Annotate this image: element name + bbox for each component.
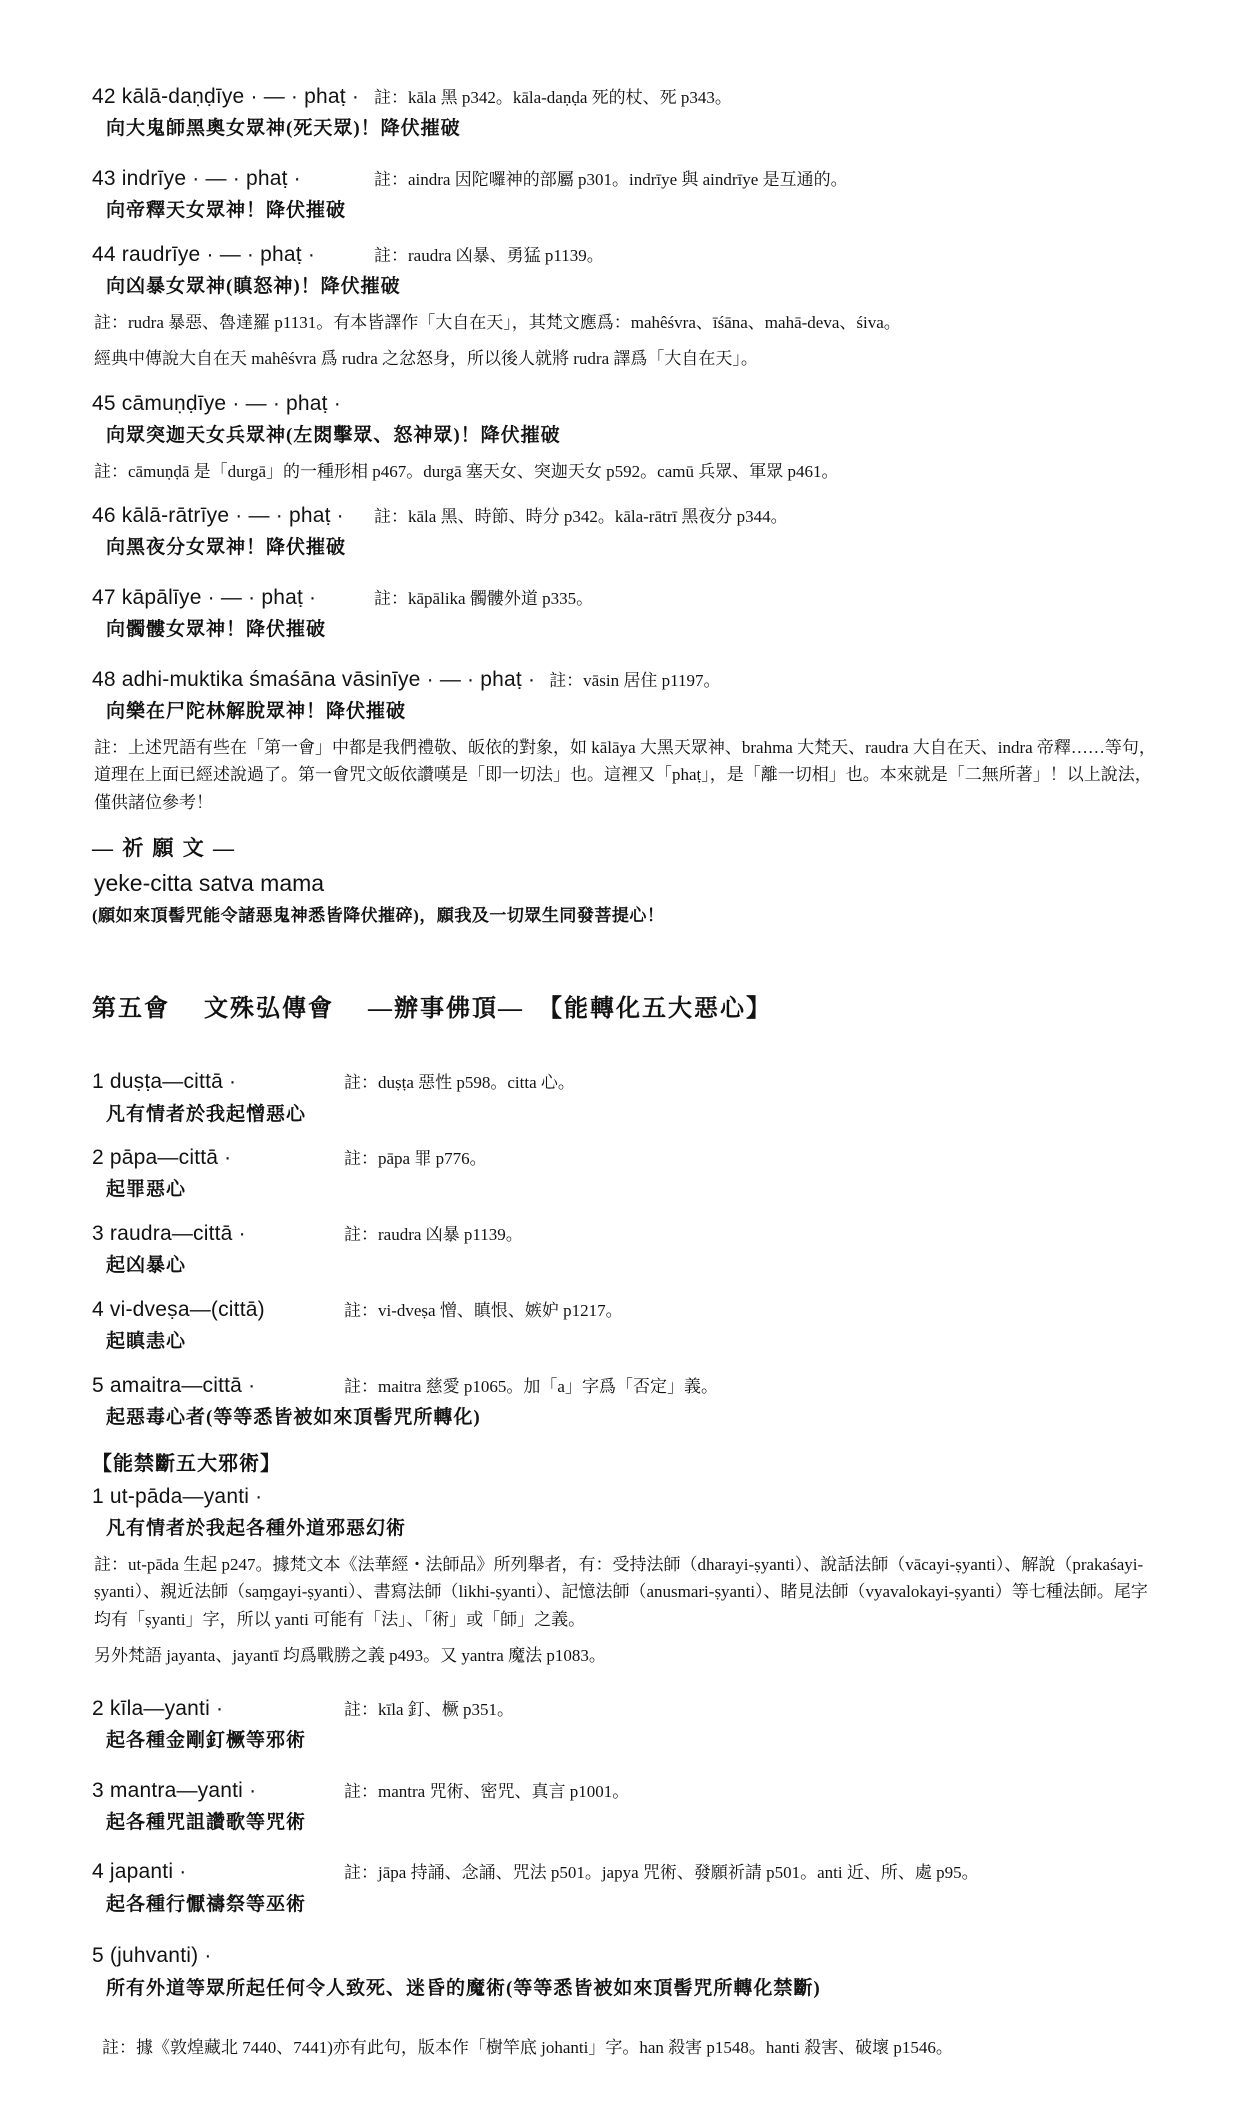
chinese-gloss: 起瞋恚心 [106,1330,1162,1355]
extra-note: 另外梵語 jayanta、jayantī 均爲戰勝之義 p493。又 yantr… [94,1642,1162,1670]
mantra-text: 44 raudrīye · — · phaṭ · [92,242,360,267]
prayer-mantra: yeke-citta satva mama [94,870,1162,897]
prayer-header: — 祈 願 文 — [92,832,1162,862]
mantra-text: 43 indrīye · — · phaṭ · [92,166,360,191]
mantra-text: 47 kāpālīye · — · phaṭ · [92,585,360,610]
chinese-gloss: 向樂在尸陀林解脫眾神！降伏摧破 [106,700,1162,725]
note-text: 註：kāla 黑、時節、時分 p342。kāla-rātrī 黑夜分 p344。 [374,506,788,528]
prayer-gloss: (願如來頂髻咒能令諸惡鬼神悉皆降伏摧碎)，願我及一切眾生同發菩提心！ [92,901,1162,926]
chinese-gloss: 起各種咒詛讚歌等咒術 [106,1811,1162,1836]
mantra-entry: 1 ut-pāda—yanti · 凡有情者於我起各種外道邪惡幻術 註：ut-p… [92,1484,1162,1670]
document-page: 42 kālā-daṇḍīye · — · phaṭ · 註：kāla 黑 p3… [0,0,1240,2101]
chinese-gloss: 起各種行懨禱祭等巫術 [106,1893,1162,1918]
chinese-gloss: 起罪惡心 [106,1178,1162,1203]
note-text: 註：kāla 黑 p342。kāla-daṇḍa 死的杖、死 p343。 [374,87,732,109]
footnote: 註：據《敦煌藏北 7440、7441)亦有此句，版本作「樹竿底 johanti」… [102,2035,1162,2061]
note-text: 註：maitra 慈愛 p1065。加「a」字爲「否定」義。 [344,1376,718,1398]
mantra-entry: 47 kāpālīye · — · phaṭ · 註：kāpālika 髑髏外道… [92,585,1162,643]
mantra-text: 5 (juhvanti) · [92,1943,330,1968]
extra-note: 經典中傳說大自在天 mahêśvra 爲 rudra 之忿怒身，所以後人就將 r… [94,345,1162,373]
mantra-text: 1 duṣṭa—cittā · [92,1069,330,1094]
note-text: 註：mantra 咒術、密咒、真言 p1001。 [344,1781,629,1803]
mantra-text: 45 cāmuṇḍīye · — · phaṭ · [92,391,360,416]
mantra-entry: 43 indrīye · — · phaṭ · 註：aindra 因陀囉神的部屬… [92,166,1162,224]
mantra-text: 3 mantra—yanti · [92,1778,330,1803]
mantra-text: 4 vi-dveṣa—(cittā) [92,1297,330,1322]
note-text: 註：raudra 凶暴、勇猛 p1139。 [374,245,604,267]
chinese-gloss: 向黑夜分女眾神！降伏摧破 [106,536,1162,561]
extra-note: 註：rudra 暴惡、魯達羅 p1131。有本皆譯作「大自在天」，其梵文應爲：m… [94,309,1162,337]
mantra-entry: 5 amaitra—cittā · 註：maitra 慈愛 p1065。加「a」… [92,1373,1162,1431]
mantra-entry: 44 raudrīye · — · phaṭ · 註：raudra 凶暴、勇猛 … [92,242,1162,373]
chinese-gloss: 凡有情者於我起憎惡心 [106,1103,1162,1128]
chinese-gloss: 起惡毒心者(等等悉皆被如來頂髻咒所轉化) [106,1406,1162,1431]
mantra-entry: 2 pāpa—cittā · 註：pāpa 罪 p776。 起罪惡心 [92,1145,1162,1203]
chinese-gloss: 凡有情者於我起各種外道邪惡幻術 [106,1517,1162,1542]
mantra-text: 3 raudra—cittā · [92,1221,330,1246]
mantra-text: 4 japanti · [92,1859,330,1884]
chinese-gloss: 所有外道等眾所起任何令人致死、迷昏的魔術(等等悉皆被如來頂髻咒所轉化禁斷) [106,1977,1162,2002]
note-text: 註：jāpa 持誦、念誦、咒法 p501。japya 咒術、發願祈請 p501。… [344,1862,979,1884]
mantra-entry: 3 mantra—yanti · 註：mantra 咒術、密咒、真言 p1001… [92,1778,1162,1836]
mantra-entry: 45 cāmuṇḍīye · — · phaṭ · 向眾突迦天女兵眾神(左閦擊眾… [92,391,1162,485]
note-text: 註：kīla 釘、橛 p351。 [344,1699,514,1721]
mantra-text: 46 kālā-rātrīye · — · phaṭ · [92,503,360,528]
note-text: 註：duṣṭa 惡性 p598。citta 心。 [344,1072,575,1094]
mantra-text: 1 ut-pāda—yanti · [92,1484,330,1509]
note-text: 註：vāsin 居住 p1197。 [549,670,720,692]
mantra-text: 2 pāpa—cittā · [92,1145,330,1170]
extra-note: 註：上述咒語有些在「第一會」中都是我們禮敬、皈依的對象，如 kālāya 大黑天… [94,734,1162,817]
chinese-gloss: 向眾突迦天女兵眾神(左閦擊眾、怒神眾)！降伏摧破 [106,424,1162,449]
note-text: 註：kāpālika 髑髏外道 p335。 [374,588,593,610]
mantra-entry: 3 raudra—cittā · 註：raudra 凶暴 p1139。 起凶暴心 [92,1221,1162,1279]
mantra-text: 5 amaitra—cittā · [92,1373,330,1398]
chinese-gloss: 向凶暴女眾神(瞋怒神)！降伏摧破 [106,275,1162,300]
mantra-entry: 4 vi-dveṣa—(cittā) 註：vi-dveṣa 憎、瞋恨、嫉妒 p1… [92,1297,1162,1355]
mantra-entry: 2 kīla—yanti · 註：kīla 釘、橛 p351。 起各種金剛釘橛等… [92,1696,1162,1754]
chinese-gloss: 起凶暴心 [106,1254,1162,1279]
mantra-entry: 42 kālā-daṇḍīye · — · phaṭ · 註：kāla 黑 p3… [92,84,1162,142]
chinese-gloss: 向大鬼師黑奧女眾神(死天眾)！降伏摧破 [106,117,1162,142]
mantra-entry: 48 adhi-muktika śmaśāna vāsinīye · — · p… [92,667,1162,816]
note-text: 註：pāpa 罪 p776。 [344,1148,487,1170]
note-text: 註：aindra 因陀囉神的部屬 p301。indrīye 與 aindrīye… [374,169,848,191]
mantra-entry: 1 duṣṭa—cittā · 註：duṣṭa 惡性 p598。citta 心。… [92,1069,1162,1127]
mantra-entry: 46 kālā-rātrīye · — · phaṭ · 註：kāla 黑、時節… [92,503,1162,561]
mantra-text: 2 kīla—yanti · [92,1696,330,1721]
mantra-text: 42 kālā-daṇḍīye · — · phaṭ · [92,84,360,109]
note-text: 註：raudra 凶暴 p1139。 [344,1224,523,1246]
note-text: 註：vi-dveṣa 憎、瞋恨、嫉妒 p1217。 [344,1300,623,1322]
mantra-entry: 5 (juhvanti) · 所有外道等眾所起任何令人致死、迷昏的魔術(等等悉皆… [92,1943,1162,2001]
mantra-text: 48 adhi-muktika śmaśāna vāsinīye · — · p… [92,667,535,692]
chinese-gloss: 向帝釋天女眾神！降伏摧破 [106,199,1162,224]
extra-note: 註：cāmuṇḍā 是「durgā」的一種形相 p467。durgā 塞天女、突… [94,458,1162,486]
mantra-entry: 4 japanti · 註：jāpa 持誦、念誦、咒法 p501。japya 咒… [92,1859,1162,1917]
prayer-block: — 祈 願 文 — yeke-citta satva mama (願如來頂髻咒能… [92,832,1162,926]
extra-note: 註：ut-pāda 生起 p247。據梵文本《法華經・法師品》所列舉者，有：受持… [94,1551,1162,1634]
section-subtitle: 【能禁斷五大邪術】 [92,1447,1162,1476]
chinese-gloss: 起各種金剛釘橛等邪術 [106,1729,1162,1754]
section-title: 第五會 文殊弘傳會 —辦事佛頂— 【能轉化五大惡心】 [92,988,1162,1023]
chinese-gloss: 向髑髏女眾神！降伏摧破 [106,618,1162,643]
